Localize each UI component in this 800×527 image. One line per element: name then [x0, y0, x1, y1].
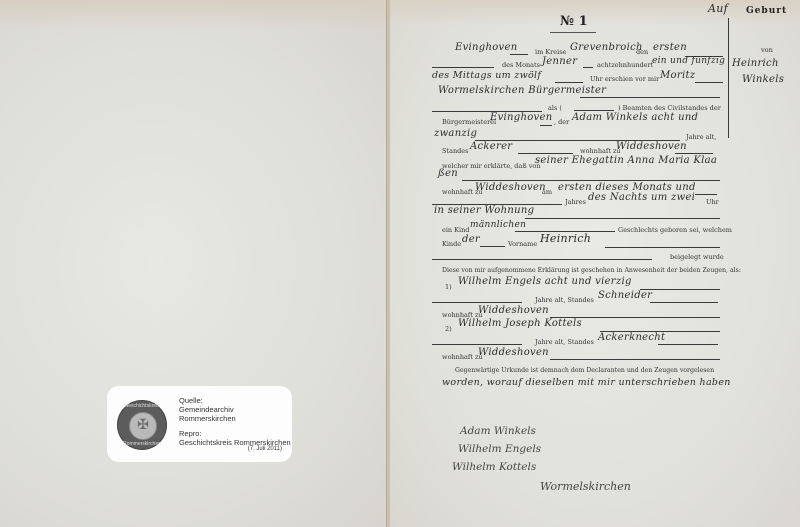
left-page: Geschichtskreis ✠ Rommerskirchen Quelle:…	[0, 0, 388, 527]
printed-text: achtzehnhundert	[597, 61, 653, 69]
time: des Mittags um zwölf	[432, 70, 541, 81]
child-sex: männlichen	[470, 220, 526, 230]
rule	[432, 67, 494, 68]
margin-von: von	[761, 46, 773, 54]
birth-place: in seiner Wohnung	[434, 205, 534, 216]
rule	[605, 247, 720, 248]
signature-official: Wormelskirchen	[540, 480, 631, 493]
rule	[480, 246, 505, 247]
birth-residence: Widdeshoven	[475, 182, 546, 193]
rule	[540, 125, 552, 126]
printed-text: am	[542, 188, 552, 196]
printed-text: Jahre alt,	[686, 133, 716, 141]
article: der	[462, 234, 480, 245]
place: Evinghoven	[455, 42, 517, 53]
witness-2-residence: Widdeshoven	[478, 347, 549, 358]
rule	[432, 302, 522, 303]
rule	[574, 110, 614, 111]
printed-text: 1)	[445, 283, 452, 291]
year: ein und fünfzig	[652, 56, 725, 66]
source-label: Geschichtskreis ✠ Rommerskirchen Quelle:…	[107, 386, 292, 462]
child-first-name: Heinrich	[540, 232, 591, 245]
rule	[555, 82, 583, 83]
printed-text: Jahre alt, Standes	[535, 296, 594, 304]
municipality: Evinghoven	[490, 112, 552, 123]
declarant: Adam Winkels acht und	[572, 112, 698, 123]
witness-1-residence: Widdeshoven	[478, 305, 549, 316]
printed-text: Jahre alt, Standes	[535, 338, 594, 346]
document-spread: Geschichtskreis ✠ Rommerskirchen Quelle:…	[0, 0, 800, 527]
seal-text-top: Geschichtskreis	[118, 403, 166, 409]
printed-text: wohnhaft zu	[442, 353, 483, 361]
printed-text: Uhr erschien vor mir	[590, 75, 659, 83]
witness-2-occupation: Ackerknecht	[598, 332, 665, 343]
rule	[695, 194, 717, 195]
right-page: Auf № 1 Geburt von Heinrich Winkels Evin…	[390, 0, 800, 527]
printed-text: wohnhaft zu	[580, 147, 621, 155]
rule	[462, 180, 720, 181]
official-first-name: Moritz	[660, 70, 695, 81]
rule	[510, 54, 528, 55]
printed-text: Jahres	[565, 198, 586, 206]
rule	[650, 302, 718, 303]
printed-text: des Monats	[502, 61, 540, 69]
entry-number: № 1	[560, 14, 588, 29]
margin-name-first: Heinrich	[732, 58, 779, 69]
printed-text: Kinde	[442, 240, 461, 248]
signature-witness-1: Wilhelm Engels	[458, 443, 541, 455]
official-title: Wormelskirchen Bürgermeister	[438, 85, 606, 96]
month: Jenner	[542, 56, 577, 67]
rule	[580, 97, 720, 98]
printed-text: Standes	[442, 147, 468, 155]
margin-name-last: Winkels	[742, 74, 784, 85]
witness-1-occupation: Schneider	[598, 290, 652, 301]
day: ersten	[653, 42, 687, 53]
source-label-text: Quelle: Gemeindearchiv Rommerskirchen Re…	[179, 396, 292, 447]
printed-text: Diese von mir aufgenommene Erklärung ist…	[442, 267, 741, 274]
repro-label: Repro:	[179, 429, 292, 438]
printed-text: im Kreise	[535, 48, 566, 56]
rule	[550, 359, 720, 360]
corner-mark: Auf	[708, 2, 728, 15]
margin-heading: Geburt	[746, 6, 787, 16]
divider	[550, 32, 596, 33]
witness-1: Wilhelm Engels acht und vierzig	[458, 276, 632, 287]
rule	[432, 344, 522, 345]
witness-2: Wilhelm Joseph Kottels	[458, 318, 582, 329]
birth-time: des Nachts um zwei	[588, 192, 695, 203]
seal-center: ✠	[129, 412, 157, 440]
rule	[675, 153, 713, 154]
declarant-occupation: Ackerer	[470, 141, 512, 152]
printed-text: als (	[548, 104, 562, 112]
printed-text: ein Kind	[442, 226, 469, 234]
eagle-crest-icon: ✠	[130, 417, 156, 433]
quelle-value: Gemeindearchiv Rommerskirchen	[179, 405, 292, 423]
declarant-age: zwanzig	[434, 128, 477, 139]
printed-text: 2)	[445, 325, 452, 333]
district: Grevenbroich	[570, 42, 643, 53]
seal-text-bottom: Rommerskirchen	[118, 441, 166, 447]
printed-text: beigelegt wurde	[670, 253, 724, 261]
repro-date: (7. Juli 2011)	[248, 446, 282, 452]
margin-divider	[728, 18, 729, 138]
printed-text: ) Beamten des Civilstandes der	[618, 104, 721, 112]
signature-declarant: Adam Winkels	[460, 425, 536, 437]
signature-witness-2: Wilhelm Kottels	[452, 461, 536, 473]
birth-record-form: Auf № 1 Geburt von Heinrich Winkels Evin…	[390, 0, 800, 527]
printed-text: Geschlechts geboren sei, welchem	[618, 226, 732, 234]
mother-cont: ßen	[438, 168, 458, 179]
rule	[695, 82, 723, 83]
seal-emblem: Geschichtskreis ✠ Rommerskirchen	[117, 400, 167, 450]
rule	[432, 259, 652, 260]
printed-text: Uhr	[706, 198, 719, 206]
printed-text: Gegenwärtige Urkunde ist demnach dem Dec…	[455, 367, 714, 374]
rule	[583, 67, 593, 68]
mother: seiner Ehegattin Anna Maria Klaa	[535, 155, 717, 166]
printed-text: Bürgermeisterei	[442, 118, 496, 126]
rule	[518, 153, 573, 154]
printed-text: Vorname	[508, 240, 537, 248]
printed-text: , der	[554, 118, 569, 126]
printed-text: den	[636, 48, 648, 56]
declarant-residence: Widdeshoven	[616, 141, 687, 152]
quelle-label: Quelle:	[179, 396, 292, 405]
closing-statement: worden, worauf dieselben mit mir untersc…	[442, 377, 731, 388]
rule	[525, 218, 720, 219]
rule	[658, 344, 718, 345]
